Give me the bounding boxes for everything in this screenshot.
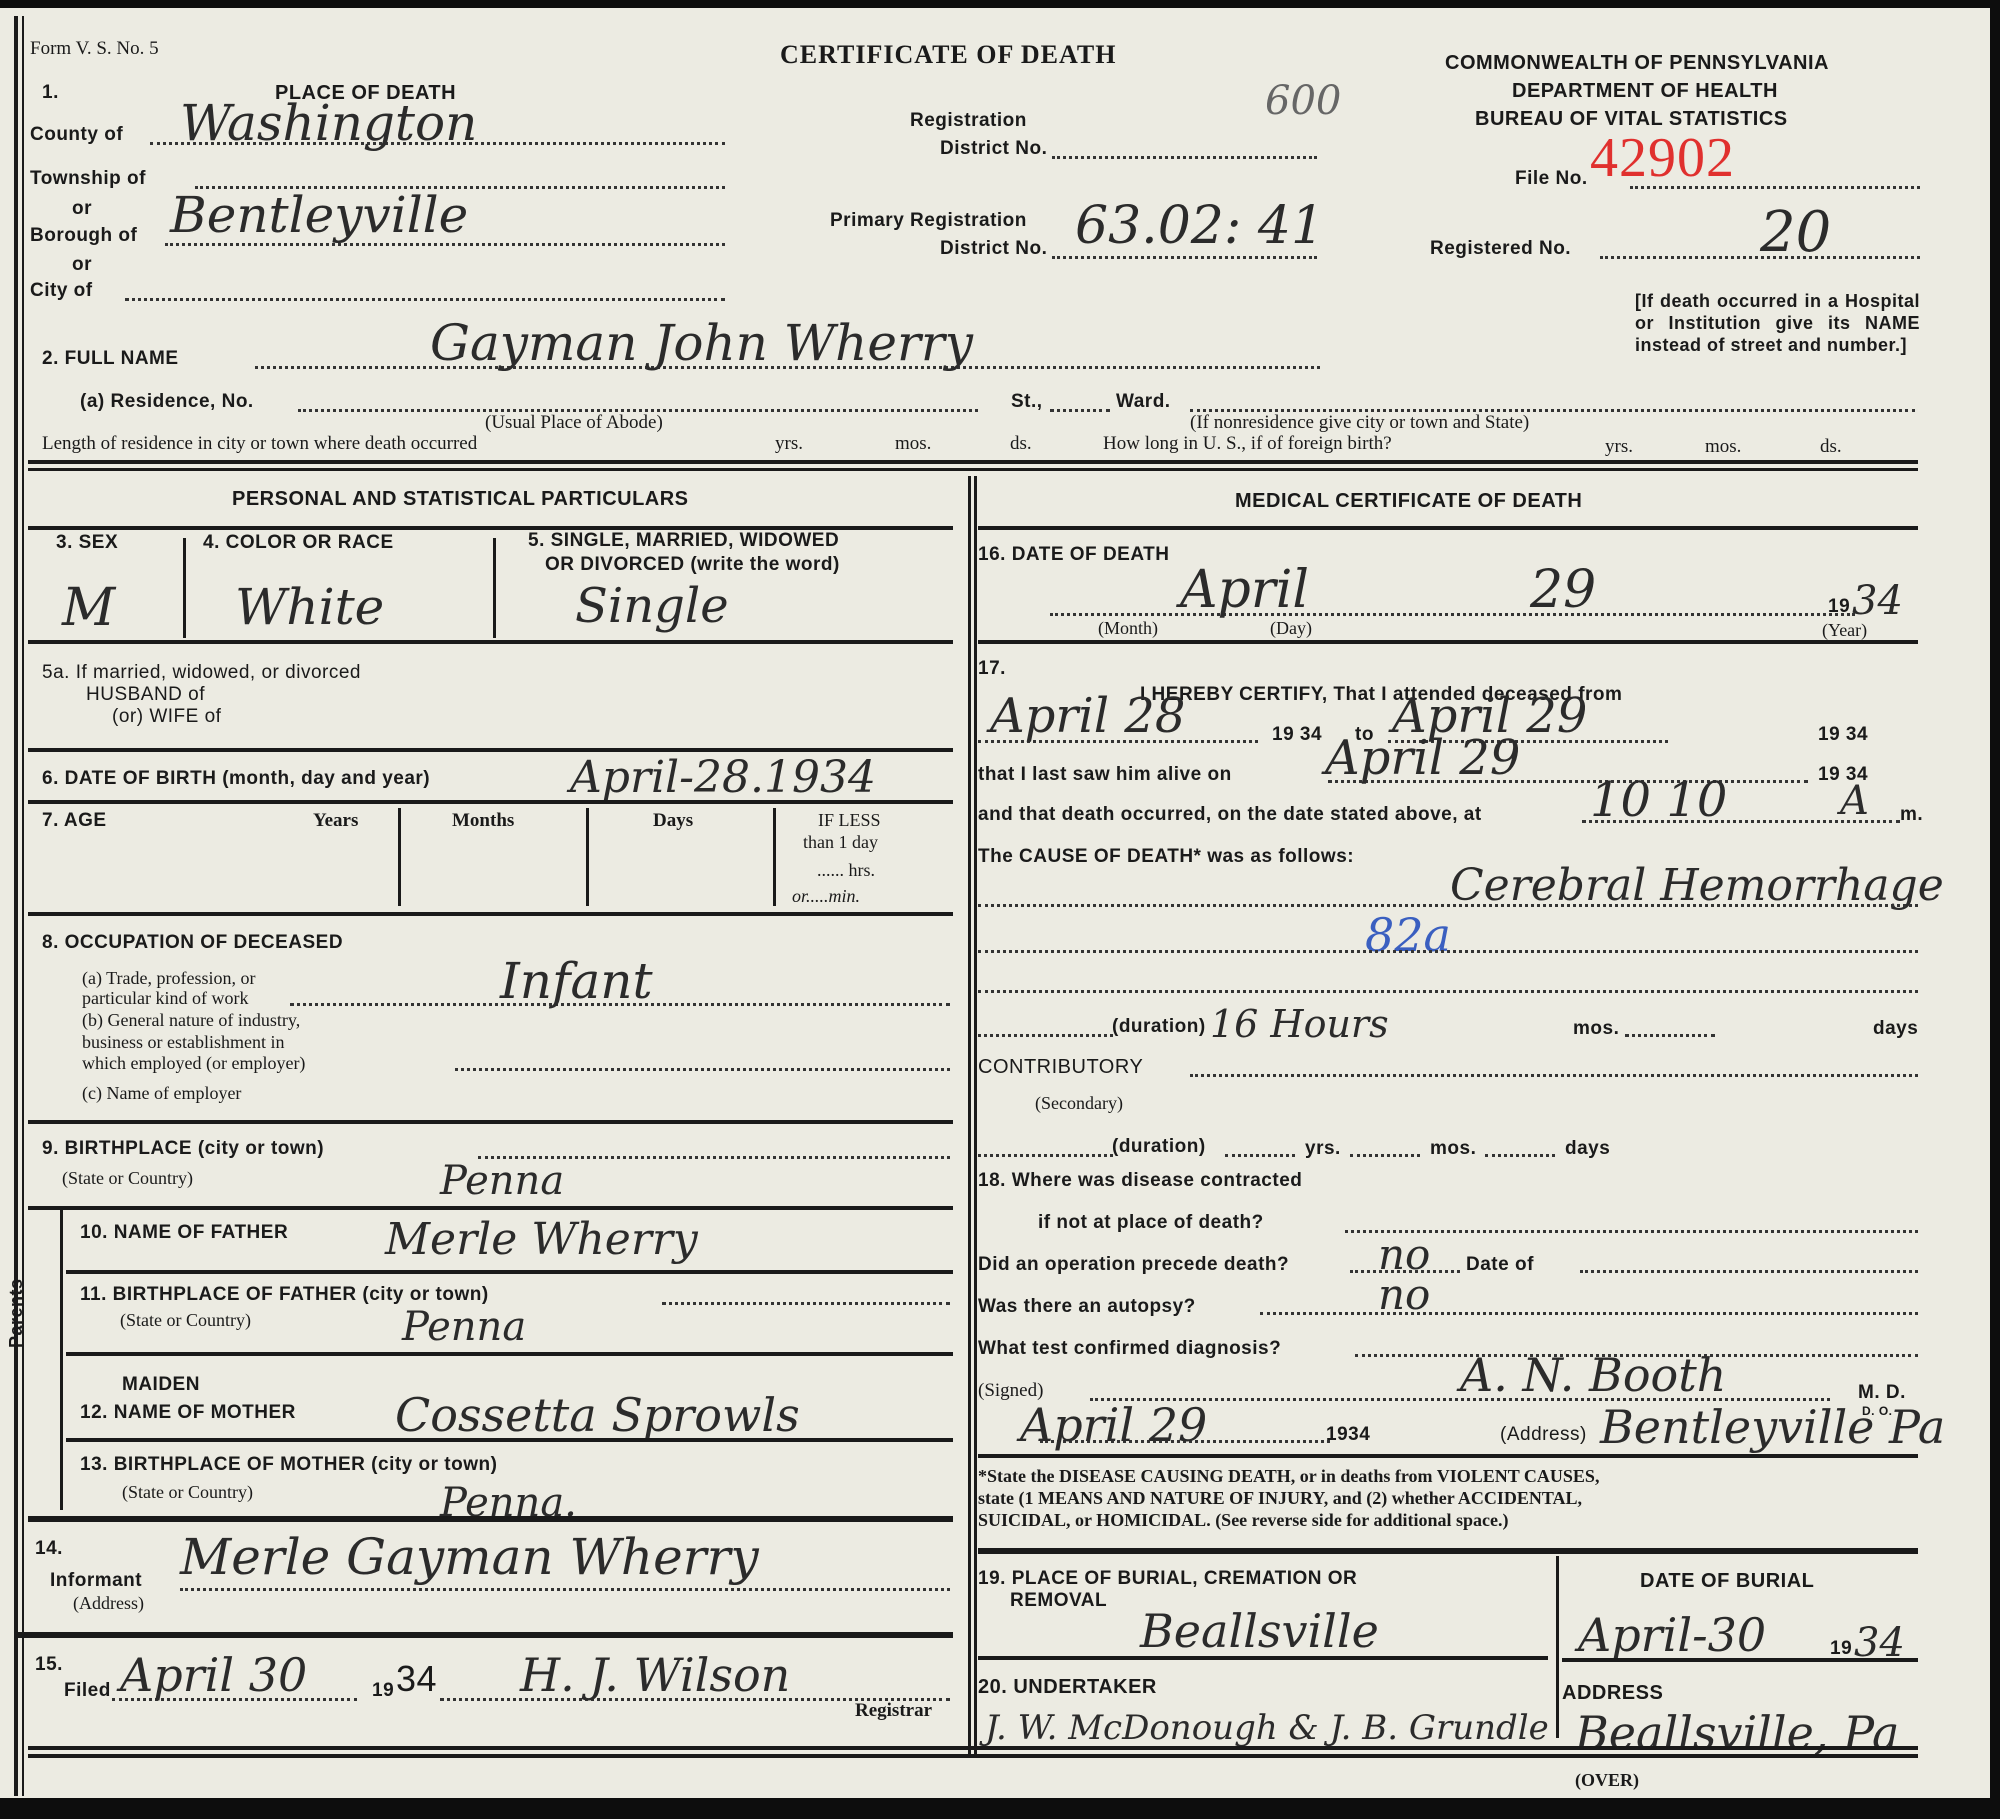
filed-label: Filed [64, 1680, 111, 1702]
footnote-line-1: *State the DISEASE CAUSING DEATH, or in … [978, 1466, 1599, 1487]
registered-no-label: Registered No. [1430, 238, 1571, 260]
address-label: (Address) [1500, 1424, 1587, 1446]
over-note: (OVER) [1575, 1770, 1639, 1791]
dod-day: 29 [1530, 560, 1596, 620]
last-saw-label: that I last saw him alive on [978, 764, 1232, 786]
occurred-label: and that death occurred, on the date sta… [978, 804, 1482, 826]
month-caption: (Month) [1098, 618, 1158, 639]
occupation-value: Infant [500, 952, 653, 1010]
place-of-death-number: 1. [42, 82, 59, 104]
dod-month: April [1180, 560, 1309, 620]
left-border-rule [14, 16, 18, 1796]
foreign-birth-label: How long in U. S., if of foreign birth? [1103, 433, 1392, 455]
mother-birthplace-sub: (State or Country) [122, 1482, 253, 1503]
birthplace-label: 9. BIRTHPLACE (city or town) [42, 1138, 324, 1160]
footer-divider [28, 1746, 1918, 1750]
age-months-label: Months [452, 810, 514, 832]
age-divider-1 [398, 808, 401, 906]
agency-line-1: COMMONWEALTH OF PENNSYLVANIA [1445, 52, 1829, 75]
death-certificate-page: Form V. S. No. 5 CERTIFICATE OF DEATH CO… [0, 8, 1990, 1798]
ampm-value: A [1840, 778, 1869, 824]
or-text-1: or [72, 198, 92, 220]
dod-year-prefix: 19 [1828, 596, 1850, 618]
spouse-label-2: HUSBAND of [86, 684, 205, 706]
filed-date: April 30 [120, 1648, 307, 1702]
dob-label: 6. DATE OF BIRTH (month, day and year) [42, 768, 430, 790]
agency-line-2: DEPARTMENT OF HEALTH [1512, 80, 1778, 103]
medical-heading: MEDICAL CERTIFICATE OF DEATH [1235, 490, 1582, 513]
rule-medical [978, 526, 1918, 530]
rule-dod [978, 640, 1918, 644]
or-text-2: or [72, 254, 92, 276]
borough-value: Bentleyville [170, 186, 468, 244]
secondary-days-label: days [1565, 1138, 1610, 1160]
township-label: Township of [30, 168, 146, 190]
primary-district-label: District No. [940, 238, 1047, 260]
nonresidence-note: (If nonresidence give city or town and S… [1190, 412, 1529, 434]
sex-divider [183, 538, 186, 638]
registration-district-value: 600 [1265, 78, 1341, 124]
rule-occupation [28, 1120, 953, 1124]
sex-value: M [62, 578, 115, 638]
header-divider [28, 460, 1918, 464]
mother-label: 12. NAME OF MOTHER [80, 1402, 296, 1424]
signed-year: 1934 [1326, 1424, 1370, 1446]
q18-label-2: if not at place of death? [1038, 1212, 1264, 1234]
abode-note: (Usual Place of Abode) [485, 412, 663, 434]
burial-place-label-1: 19. PLACE OF BURIAL, CREMATION OR [978, 1568, 1357, 1590]
form-number: Form V. S. No. 5 [30, 38, 159, 60]
column-divider [968, 476, 971, 1758]
father-label: 10. NAME OF FATHER [80, 1222, 288, 1244]
attended-to-year: 19 34 [1818, 724, 1868, 746]
undertaker-address-label: ADDRESS [1562, 1682, 1663, 1705]
age-less-3: ...... hrs. [817, 860, 875, 881]
duration-mos-label: mos. [1573, 1018, 1619, 1040]
undertaker-value: J. W. McDonough & J. B. Grundle [985, 1708, 1549, 1748]
attended-from-year: 19 34 [1272, 724, 1322, 746]
rule-sex [28, 640, 953, 644]
page-title: CERTIFICATE OF DEATH [780, 40, 1116, 70]
filed-year: 34 [396, 1658, 437, 1700]
birthplace-sub: (State or Country) [62, 1168, 193, 1189]
occupation-c: (c) Name of employer [82, 1083, 241, 1104]
secondary-duration-label: (duration) [1112, 1136, 1206, 1158]
year-caption: (Year) [1822, 620, 1867, 641]
informant-label: Informant [50, 1570, 142, 1592]
age-label: 7. AGE [42, 810, 107, 832]
mother-birthplace-label: 13. BIRTHPLACE OF MOTHER (city or town) [80, 1454, 497, 1476]
operation-label: Did an operation precede death? [978, 1254, 1289, 1276]
full-name-label: 2. FULL NAME [42, 348, 179, 370]
burial-divider [1556, 1556, 1559, 1738]
rule-mother [66, 1438, 953, 1442]
parents-divider [60, 1210, 63, 1510]
filed-number: 15. [35, 1654, 63, 1676]
age-days-label: Days [653, 810, 693, 832]
primary-registration-label: Primary Registration [830, 210, 1027, 232]
spouse-label-3: (or) WIFE of [112, 706, 221, 728]
marital-value: Single [575, 578, 729, 634]
rule-burial-date [1562, 1658, 1918, 1662]
rule-mother-birthplace [28, 1516, 953, 1522]
informant-sub: (Address) [73, 1593, 144, 1614]
physician-signature: A. N. Booth [1460, 1348, 1726, 1402]
informant-value: Merle Gayman Wherry [180, 1528, 759, 1586]
dob-value: April-28.1934 [570, 752, 876, 803]
length-of-residence-label: Length of residence in city or town wher… [42, 433, 477, 455]
autopsy-label: Was there an autopsy? [978, 1296, 1196, 1318]
age-divider-2 [586, 808, 589, 906]
rule-birthplace [28, 1206, 953, 1210]
physician-address: Bentleyville Pa [1600, 1400, 1945, 1454]
borough-label: Borough of [30, 225, 137, 247]
date-of-label: Date of [1466, 1254, 1534, 1276]
rule-dob [28, 800, 953, 804]
residence-mos-label: mos. [895, 433, 931, 455]
foreign-yrs-label: yrs. [1605, 436, 1633, 458]
q18-label-1: 18. Where was disease contracted [978, 1170, 1302, 1192]
informant-number: 14. [35, 1538, 63, 1560]
occupation-b-2: business or establishment in [82, 1032, 284, 1053]
occupation-a-1: (a) Trade, profession, or [82, 968, 255, 989]
father-birthplace-value: Penna [402, 1304, 526, 1350]
marital-label-1: 5. SINGLE, MARRIED, WIDOWED [528, 530, 839, 552]
father-birthplace-sub: (State or Country) [120, 1310, 251, 1331]
marital-label-2: OR DIVORCED (write the word) [545, 554, 840, 576]
race-divider [493, 538, 496, 638]
duration-days-label: days [1873, 1018, 1918, 1040]
residence-ds-label: ds. [1010, 433, 1032, 455]
secondary-yrs-label: yrs. [1305, 1138, 1341, 1160]
primary-district-value: 63.02: 41 [1075, 196, 1324, 256]
dod-year: 34 [1852, 578, 1903, 624]
day-caption: (Day) [1270, 618, 1312, 639]
dod-label: 16. DATE OF DEATH [978, 544, 1169, 566]
file-no-stamp: 42902 [1590, 126, 1735, 190]
undertaker-label: 20. UNDERTAKER [978, 1676, 1157, 1699]
foreign-mos-label: mos. [1705, 436, 1741, 458]
contributory-label: CONTRIBUTORY [978, 1056, 1143, 1079]
county-value: Washington [180, 94, 477, 152]
age-less-1: IF LESS [818, 810, 881, 831]
burial-date-label: DATE OF BURIAL [1640, 1570, 1814, 1593]
parents-side-label: Parents [6, 1278, 27, 1348]
rule-footnote [978, 1548, 1918, 1554]
secondary-label: (Secondary) [1035, 1093, 1123, 1114]
cert-number: 17. [978, 658, 1006, 680]
rule-father-birthplace [66, 1352, 953, 1356]
occupation-b-3: which employed (or employer) [82, 1053, 305, 1074]
time-of-death: 10 10 [1590, 772, 1727, 828]
attended-from-date: April 28 [990, 688, 1185, 744]
mother-value: Cossetta Sprowls [395, 1388, 800, 1442]
rule-father [66, 1270, 953, 1274]
rule-signed [978, 1454, 1918, 1458]
residence-yrs-label: yrs. [775, 433, 803, 455]
duration-value: 16 Hours [1210, 1002, 1389, 1046]
residence-label: (a) Residence, No. [80, 391, 254, 413]
foreign-ds-label: ds. [1820, 436, 1842, 458]
spouse-label-1: 5a. If married, widowed, or divorced [42, 662, 361, 684]
burial-place-label-2: REMOVAL [1010, 1590, 1107, 1612]
full-name-value: Gayman John Wherry [430, 314, 973, 372]
personal-heading: PERSONAL AND STATISTICAL PARTICULARS [232, 488, 689, 511]
birthplace-value: Penna [440, 1158, 564, 1204]
secondary-mos-label: mos. [1430, 1138, 1476, 1160]
file-no-label: File No. [1515, 168, 1588, 190]
age-less-4: or.....min. [792, 886, 860, 907]
mother-maiden-label: MAIDEN [122, 1374, 200, 1396]
m-label: m. [1900, 804, 1923, 826]
burial-date-value: April-30 [1578, 1608, 1766, 1662]
rule-burial-place [978, 1656, 1548, 1660]
county-label: County of [30, 124, 123, 146]
rule-age [28, 912, 953, 916]
street-label: St., [1011, 391, 1043, 413]
occupation-a-2: particular kind of work [82, 988, 248, 1009]
registered-no-value: 20 [1760, 200, 1831, 265]
duration-label: (duration) [1112, 1016, 1206, 1038]
race-label: 4. COLOR OR RACE [203, 532, 394, 554]
burial-place-value: Beallsville [1140, 1604, 1379, 1658]
autopsy-value: no [1378, 1270, 1430, 1319]
occupation-heading: 8. OCCUPATION OF DECEASED [42, 932, 343, 954]
occupation-b-1: (b) General nature of industry, [82, 1010, 300, 1031]
race-value: White [235, 578, 384, 636]
filed-year-prefix: 19 [372, 1680, 394, 1702]
column-divider-2 [974, 476, 977, 1758]
hospital-note: [If death occurred in a Hospital or Inst… [1635, 290, 1920, 356]
age-divider-3 [773, 808, 776, 906]
burial-year-prefix: 19 [1830, 1638, 1852, 1660]
registration-district-label: District No. [940, 138, 1047, 160]
footnote-line-2: state (1 MEANS AND NATURE OF INJURY, and… [978, 1488, 1582, 1509]
undertaker-address-value: Beallsville, Pa [1575, 1706, 1899, 1760]
registrar-signature: H. J. Wilson [520, 1648, 790, 1702]
left-border-rule-inner [22, 16, 24, 1796]
test-label: What test confirmed diagnosis? [978, 1338, 1281, 1360]
ward-label: Ward. [1116, 391, 1171, 413]
last-saw-date: April 29 [1325, 730, 1520, 786]
signed-date: April 29 [1020, 1398, 1207, 1452]
sex-label: 3. SEX [56, 532, 118, 554]
age-less-2: than 1 day [803, 832, 878, 853]
header-divider-2 [28, 468, 1918, 471]
father-birthplace-label: 11. BIRTHPLACE OF FATHER (city or town) [80, 1284, 489, 1306]
father-value: Merle Wherry [385, 1214, 698, 1265]
cause-code: 82a [1365, 908, 1451, 962]
cause-label: The CAUSE OF DEATH* was as follows: [978, 846, 1354, 868]
rule-informant [18, 1632, 953, 1638]
city-label: City of [30, 280, 93, 302]
registrar-label: Registrar [855, 1700, 932, 1722]
footnote-line-3: SUICIDAL, or HOMICIDAL. (See reverse sid… [978, 1510, 1508, 1531]
age-years-label: Years [313, 810, 358, 832]
registration-label: Registration [910, 110, 1027, 132]
footer-divider-2 [28, 1754, 1918, 1758]
